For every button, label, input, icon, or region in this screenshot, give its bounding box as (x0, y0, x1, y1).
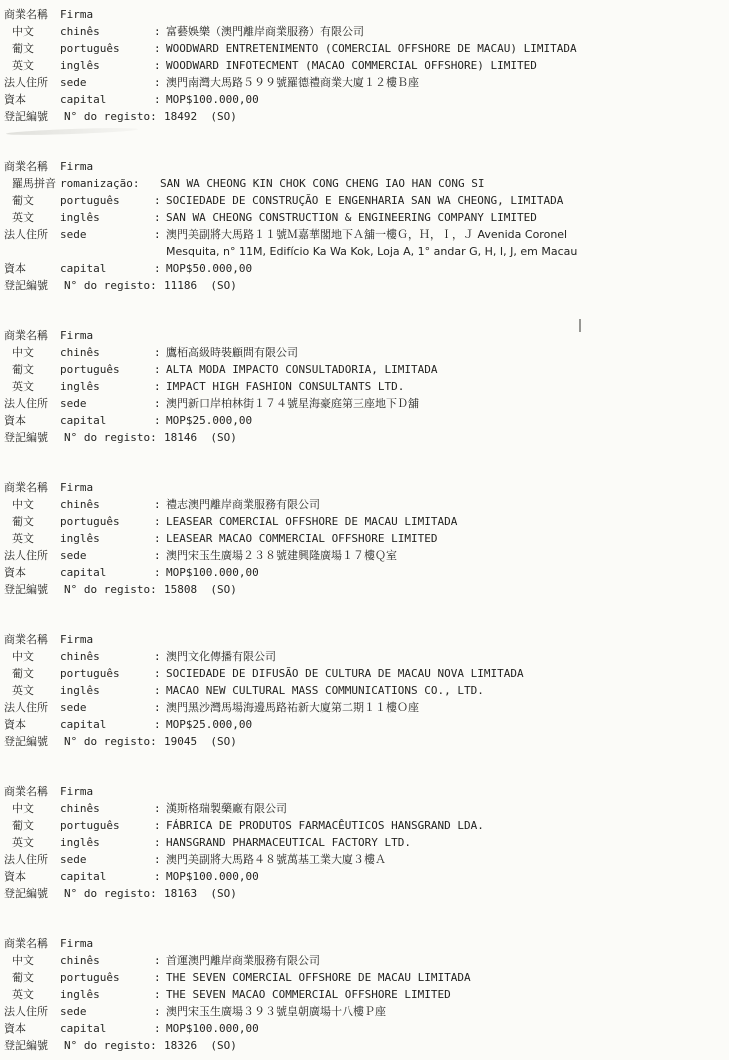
colon: : (154, 986, 166, 1003)
chinese-name-value: 禮志澳門離岸商業服務有限公司 (166, 496, 729, 513)
address-label-zh: 法人住所 (2, 395, 60, 412)
address-label-zh: 法人住所 (2, 226, 60, 243)
romanization-label-pt: romanização: (60, 175, 160, 192)
registry-label-pt: N° do registo: (64, 1037, 164, 1054)
colon: : (154, 91, 166, 108)
address-row: 法人住所 sede : 澳門新口岸柏林街１７４號星海豪庭第三座地下Ｄ舖 (2, 395, 729, 412)
english-name-value: IMPACT HIGH FASHION CONSULTANTS LTD. (166, 378, 729, 395)
address-label-pt: sede (60, 851, 154, 868)
capital-label-pt: capital (60, 91, 154, 108)
colon: : (154, 40, 166, 57)
chinese-label-pt: chinês (60, 952, 154, 969)
colon: : (154, 1020, 166, 1037)
firm-label-zh: 商業名稱 (2, 327, 60, 344)
english-label-pt: inglês (60, 682, 154, 699)
chinese-label-zh: 中文 (2, 648, 60, 665)
capital-label-pt: capital (60, 1020, 154, 1037)
romanization-value: SAN WA CHEONG KIN CHOK CONG CHENG IAO HA… (160, 175, 729, 192)
registry-row: 登記編號 N° do registo: 18146 (SO) (2, 429, 729, 446)
registry-row: 登記編號 N° do registo: 19045 (SO) (2, 733, 729, 750)
colon: : (154, 547, 166, 564)
colon: : (154, 952, 166, 969)
firm-label-pt: Firma (60, 631, 154, 648)
registry-row: 登記編號 N° do registo: 18326 (SO) (2, 1037, 729, 1054)
firm-label-pt: Firma (60, 479, 154, 496)
firm-label-pt: Firma (60, 6, 154, 23)
registry-label-zh: 登記編號 (2, 108, 64, 125)
address-label-pt: sede (60, 395, 154, 412)
chinese-name-value: 澳門文化傳播有限公司 (166, 648, 729, 665)
address-row: 法人住所 sede : 澳門美副將大馬路４８號萬基工業大廈３樓Ａ (2, 851, 729, 868)
english-label-zh: 英文 (2, 834, 60, 851)
portuguese-name-row: 葡文 português : THE SEVEN COMERCIAL OFFSH… (2, 969, 729, 986)
colon: : (154, 74, 166, 91)
chinese-name-row: 中文 chinês : 鷹栢高級時裝顧問有限公司 (2, 344, 729, 361)
portuguese-name-value: ALTA MODA IMPACTO CONSULTADORIA, LIMITAD… (166, 361, 729, 378)
registry-label-zh: 登記編號 (2, 885, 64, 902)
company-entry: 商業名稱 Firma 羅馬拼音 romanização: SAN WA CHEO… (2, 158, 729, 294)
portuguese-name-row: 葡文 português : FÁBRICA DE PRODUTOS FARMA… (2, 817, 729, 834)
portuguese-name-value: SOCIEDADE DE DIFUSÃO DE CULTURA DE MACAU… (166, 665, 729, 682)
address-value: 澳門新口岸柏林街１７４號星海豪庭第三座地下Ｄ舖 (166, 395, 729, 412)
portuguese-label-pt: português (60, 665, 154, 682)
english-name-value: HANSGRAND PHARMACEUTICAL FACTORY LTD. (166, 834, 729, 851)
english-name-value: WOODWARD INFOTECMENT (MACAO COMMERCIAL O… (166, 57, 729, 74)
colon: : (154, 209, 166, 226)
firm-label-pt: Firma (60, 327, 154, 344)
capital-label-pt: capital (60, 564, 154, 581)
chinese-label-zh: 中文 (2, 952, 60, 969)
address-value: 澳門黑沙灣馬場海邊馬路祐新大廈第二期１１樓Ｏ座 (166, 699, 729, 716)
colon: : (154, 57, 166, 74)
registry-value: 18163 (SO) (164, 885, 729, 902)
address-value: 澳門南灣大馬路５９９號羅德禮商業大廈１２樓Ｂ座 (166, 74, 729, 91)
colon: : (154, 260, 166, 277)
address-value: 澳門美副將大馬路１１號Ｍ嘉華閣地下Ａ舖一樓Ｇ，Ｈ，Ｉ，Ｊ Avenida Cor… (166, 226, 729, 260)
firm-header-row: 商業名稱 Firma (2, 158, 729, 175)
english-name-row: 英文 inglês : WOODWARD INFOTECMENT (MACAO … (2, 57, 729, 74)
colon: : (154, 699, 166, 716)
chinese-name-value: 鷹栢高級時裝顧問有限公司 (166, 344, 729, 361)
colon: : (154, 851, 166, 868)
chinese-name-row: 中文 chinês : 首運澳門離岸商業服務有限公司 (2, 952, 729, 969)
english-name-row: 英文 inglês : THE SEVEN MACAO COMMERCIAL O… (2, 986, 729, 1003)
company-entry: 商業名稱 Firma 中文 chinês : 首運澳門離岸商業服務有限公司 葡文… (2, 935, 729, 1054)
portuguese-name-value: SOCIEDADE DE CONSTRUÇÃO E ENGENHARIA SAN… (166, 192, 729, 209)
english-label-pt: inglês (60, 986, 154, 1003)
capital-value: MOP$100.000,00 (166, 868, 729, 885)
address-value: 澳門宋玉生廣場３９３號皇朝廣場十八樓Ｐ座 (166, 1003, 729, 1020)
colon: : (154, 378, 166, 395)
capital-value: MOP$100.000,00 (166, 1020, 729, 1037)
capital-label-zh: 資本 (2, 716, 60, 733)
portuguese-name-value: THE SEVEN COMERCIAL OFFSHORE DE MACAU LI… (166, 969, 729, 986)
capital-label-zh: 資本 (2, 260, 60, 277)
registry-row: 登記編號 N° do registo: 18163 (SO) (2, 885, 729, 902)
address-row: 法人住所 sede : 澳門南灣大馬路５９９號羅德禮商業大廈１２樓Ｂ座 (2, 74, 729, 91)
capital-value: MOP$25.000,00 (166, 716, 729, 733)
english-label-zh: 英文 (2, 530, 60, 547)
capital-label-pt: capital (60, 260, 154, 277)
address-label-pt: sede (60, 1003, 154, 1020)
portuguese-label-pt: português (60, 361, 154, 378)
english-label-zh: 英文 (2, 986, 60, 1003)
firm-label-zh: 商業名稱 (2, 158, 60, 175)
chinese-label-pt: chinês (60, 496, 154, 513)
romanization-row: 羅馬拼音 romanização: SAN WA CHEONG KIN CHOK… (2, 175, 729, 192)
firm-header-row: 商業名稱 Firma (2, 6, 729, 23)
portuguese-name-value: WOODWARD ENTRETENIMENTO (COMERCIAL OFFSH… (166, 40, 729, 57)
colon: : (154, 23, 166, 40)
registry-value: 18326 (SO) (164, 1037, 729, 1054)
portuguese-label-pt: português (60, 40, 154, 57)
firm-label-pt: Firma (60, 935, 154, 952)
colon: : (154, 817, 166, 834)
firm-header-row: 商業名稱 Firma (2, 935, 729, 952)
company-entry: 商業名稱 Firma 中文 chinês : 禮志澳門離岸商業服務有限公司 葡文… (2, 479, 729, 598)
colon: : (154, 665, 166, 682)
capital-row: 資本 capital : MOP$100.000,00 (2, 564, 729, 581)
capital-value: MOP$50.000,00 (166, 260, 729, 277)
portuguese-label-pt: português (60, 969, 154, 986)
capital-label-zh: 資本 (2, 412, 60, 429)
colon: : (154, 344, 166, 361)
romanization-label-zh: 羅馬拼音 (2, 175, 60, 192)
firm-header-row: 商業名稱 Firma (2, 631, 729, 648)
chinese-name-row: 中文 chinês : 澳門文化傳播有限公司 (2, 648, 729, 665)
registry-row: 登記編號 N° do registo: 15808 (SO) (2, 581, 729, 598)
chinese-name-value: 富藝娛樂（澳門離岸商業服務）有限公司 (166, 23, 729, 40)
firm-label-zh: 商業名稱 (2, 783, 60, 800)
chinese-label-pt: chinês (60, 23, 154, 40)
scan-tick-artifact (579, 319, 581, 332)
capital-value: MOP$100.000,00 (166, 91, 729, 108)
capital-label-zh: 資本 (2, 564, 60, 581)
colon: : (154, 800, 166, 817)
chinese-name-row: 中文 chinês : 禮志澳門離岸商業服務有限公司 (2, 496, 729, 513)
colon: : (154, 412, 166, 429)
capital-label-zh: 資本 (2, 1020, 60, 1037)
chinese-label-pt: chinês (60, 800, 154, 817)
address-label-pt: sede (60, 547, 154, 564)
colon: : (154, 226, 166, 243)
capital-row: 資本 capital : MOP$50.000,00 (2, 260, 729, 277)
english-name-row: 英文 inglês : LEASEAR MACAO COMMERCIAL OFF… (2, 530, 729, 547)
portuguese-name-row: 葡文 português : ALTA MODA IMPACTO CONSULT… (2, 361, 729, 378)
colon: : (154, 395, 166, 412)
portuguese-name-value: FÁBRICA DE PRODUTOS FARMACÊUTICOS HANSGR… (166, 817, 729, 834)
registry-label-zh: 登記編號 (2, 277, 64, 294)
colon: : (154, 564, 166, 581)
firm-label-zh: 商業名稱 (2, 479, 60, 496)
english-label-zh: 英文 (2, 57, 60, 74)
portuguese-label-zh: 葡文 (2, 513, 60, 530)
capital-row: 資本 capital : MOP$25.000,00 (2, 716, 729, 733)
firm-header-row: 商業名稱 Firma (2, 479, 729, 496)
scan-smudge-artifact (6, 127, 138, 137)
registry-label-zh: 登記編號 (2, 581, 64, 598)
firm-label-zh: 商業名稱 (2, 6, 60, 23)
registry-label-pt: N° do registo: (64, 885, 164, 902)
capital-value: MOP$25.000,00 (166, 412, 729, 429)
colon: : (154, 648, 166, 665)
colon: : (154, 361, 166, 378)
capital-row: 資本 capital : MOP$100.000,00 (2, 1020, 729, 1037)
colon: : (154, 716, 166, 733)
chinese-label-pt: chinês (60, 344, 154, 361)
portuguese-name-row: 葡文 português : SOCIEDADE DE DIFUSÃO DE C… (2, 665, 729, 682)
portuguese-label-zh: 葡文 (2, 817, 60, 834)
registry-label-zh: 登記編號 (2, 429, 64, 446)
english-name-value: SAN WA CHEONG CONSTRUCTION & ENGINEERING… (166, 209, 729, 226)
registry-row: 登記編號 N° do registo: 11186 (SO) (2, 277, 729, 294)
english-name-value: THE SEVEN MACAO COMMERCIAL OFFSHORE LIMI… (166, 986, 729, 1003)
address-label-pt: sede (60, 226, 154, 243)
capital-label-zh: 資本 (2, 91, 60, 108)
english-label-pt: inglês (60, 209, 154, 226)
portuguese-label-zh: 葡文 (2, 969, 60, 986)
registry-row: 登記編號 N° do registo: 18492 (SO) (2, 108, 729, 125)
english-label-zh: 英文 (2, 682, 60, 699)
colon: : (154, 834, 166, 851)
portuguese-name-row: 葡文 português : WOODWARD ENTRETENIMENTO (… (2, 40, 729, 57)
capital-label-pt: capital (60, 412, 154, 429)
address-label-zh: 法人住所 (2, 699, 60, 716)
address-row: 法人住所 sede : 澳門宋玉生廣場３９３號皇朝廣場十八樓Ｐ座 (2, 1003, 729, 1020)
english-label-zh: 英文 (2, 378, 60, 395)
colon: : (154, 192, 166, 209)
english-label-zh: 英文 (2, 209, 60, 226)
colon: : (154, 682, 166, 699)
firm-header-row: 商業名稱 Firma (2, 327, 729, 344)
english-name-row: 英文 inglês : IMPACT HIGH FASHION CONSULTA… (2, 378, 729, 395)
firm-label-pt: Firma (60, 158, 154, 175)
english-label-pt: inglês (60, 378, 154, 395)
address-label-zh: 法人住所 (2, 1003, 60, 1020)
capital-label-zh: 資本 (2, 868, 60, 885)
address-label-zh: 法人住所 (2, 547, 60, 564)
chinese-name-row: 中文 chinês : 富藝娛樂（澳門離岸商業服務）有限公司 (2, 23, 729, 40)
colon: : (154, 868, 166, 885)
chinese-name-row: 中文 chinês : 漢斯格瑞製藥廠有限公司 (2, 800, 729, 817)
chinese-name-value: 漢斯格瑞製藥廠有限公司 (166, 800, 729, 817)
portuguese-label-pt: português (60, 513, 154, 530)
english-name-row: 英文 inglês : SAN WA CHEONG CONSTRUCTION &… (2, 209, 729, 226)
firm-header-row: 商業名稱 Firma (2, 783, 729, 800)
address-label-zh: 法人住所 (2, 74, 60, 91)
firm-label-pt: Firma (60, 783, 154, 800)
chinese-label-zh: 中文 (2, 23, 60, 40)
address-row: 法人住所 sede : 澳門黑沙灣馬場海邊馬路祐新大廈第二期１１樓Ｏ座 (2, 699, 729, 716)
english-name-value: MACAO NEW CULTURAL MASS COMMUNICATIONS C… (166, 682, 729, 699)
registry-label-pt: N° do registo: (64, 581, 164, 598)
registry-document-page: 商業名稱 Firma 中文 chinês : 富藝娛樂（澳門離岸商業服務）有限公… (0, 0, 729, 1060)
chinese-name-value: 首運澳門離岸商業服務有限公司 (166, 952, 729, 969)
registry-label-zh: 登記編號 (2, 1037, 64, 1054)
company-entry: 商業名稱 Firma 中文 chinês : 鷹栢高級時裝顧問有限公司 葡文 p… (2, 327, 729, 446)
registry-value: 18146 (SO) (164, 429, 729, 446)
colon: : (154, 1003, 166, 1020)
registry-value: 11186 (SO) (164, 277, 729, 294)
chinese-label-pt: chinês (60, 648, 154, 665)
capital-row: 資本 capital : MOP$25.000,00 (2, 412, 729, 429)
english-label-pt: inglês (60, 530, 154, 547)
registry-label-pt: N° do registo: (64, 108, 164, 125)
portuguese-label-zh: 葡文 (2, 665, 60, 682)
address-label-pt: sede (60, 699, 154, 716)
portuguese-label-zh: 葡文 (2, 192, 60, 209)
chinese-label-zh: 中文 (2, 344, 60, 361)
portuguese-label-zh: 葡文 (2, 361, 60, 378)
chinese-label-zh: 中文 (2, 800, 60, 817)
portuguese-label-pt: português (60, 817, 154, 834)
registry-label-pt: N° do registo: (64, 733, 164, 750)
colon: : (154, 513, 166, 530)
english-name-row: 英文 inglês : HANSGRAND PHARMACEUTICAL FAC… (2, 834, 729, 851)
colon: : (154, 496, 166, 513)
portuguese-name-row: 葡文 português : LEASEAR COMERCIAL OFFSHOR… (2, 513, 729, 530)
capital-value: MOP$100.000,00 (166, 564, 729, 581)
registry-label-pt: N° do registo: (64, 429, 164, 446)
company-entry: 商業名稱 Firma 中文 chinês : 富藝娛樂（澳門離岸商業服務）有限公… (2, 6, 729, 125)
address-value: 澳門美副將大馬路４８號萬基工業大廈３樓Ａ (166, 851, 729, 868)
address-line-1: 澳門美副將大馬路１１號Ｍ嘉華閣地下Ａ舖一樓Ｇ，Ｈ，Ｉ，Ｊ Avenida Cor… (166, 226, 729, 243)
capital-label-pt: capital (60, 716, 154, 733)
capital-row: 資本 capital : MOP$100.000,00 (2, 91, 729, 108)
address-row: 法人住所 sede : 澳門宋玉生廣場２３８號建興隆廣場１７樓Ｑ室 (2, 547, 729, 564)
firm-label-zh: 商業名稱 (2, 631, 60, 648)
registry-label-zh: 登記編號 (2, 733, 64, 750)
colon: : (154, 969, 166, 986)
registry-value: 15808 (SO) (164, 581, 729, 598)
english-label-pt: inglês (60, 834, 154, 851)
capital-label-pt: capital (60, 868, 154, 885)
address-value: 澳門宋玉生廣場２３８號建興隆廣場１７樓Ｑ室 (166, 547, 729, 564)
company-entry: 商業名稱 Firma 中文 chinês : 澳門文化傳播有限公司 葡文 por… (2, 631, 729, 750)
portuguese-label-pt: português (60, 192, 154, 209)
chinese-label-zh: 中文 (2, 496, 60, 513)
registry-value: 19045 (SO) (164, 733, 729, 750)
portuguese-name-value: LEASEAR COMERCIAL OFFSHORE DE MACAU LIMI… (166, 513, 729, 530)
address-line-2: Mesquita, n° 11M, Edifício Ka Wa Kok, Lo… (166, 243, 729, 260)
english-name-value: LEASEAR MACAO COMMERCIAL OFFSHORE LIMITE… (166, 530, 729, 547)
address-label-zh: 法人住所 (2, 851, 60, 868)
colon: : (154, 530, 166, 547)
english-name-row: 英文 inglês : MACAO NEW CULTURAL MASS COMM… (2, 682, 729, 699)
portuguese-name-row: 葡文 português : SOCIEDADE DE CONSTRUÇÃO E… (2, 192, 729, 209)
address-label-pt: sede (60, 74, 154, 91)
portuguese-label-zh: 葡文 (2, 40, 60, 57)
registry-label-pt: N° do registo: (64, 277, 164, 294)
english-label-pt: inglês (60, 57, 154, 74)
address-row: 法人住所 sede : 澳門美副將大馬路１１號Ｍ嘉華閣地下Ａ舖一樓Ｇ，Ｈ，Ｉ，Ｊ… (2, 226, 729, 260)
firm-label-zh: 商業名稱 (2, 935, 60, 952)
capital-row: 資本 capital : MOP$100.000,00 (2, 868, 729, 885)
registry-value: 18492 (SO) (164, 108, 729, 125)
company-entry: 商業名稱 Firma 中文 chinês : 漢斯格瑞製藥廠有限公司 葡文 po… (2, 783, 729, 902)
